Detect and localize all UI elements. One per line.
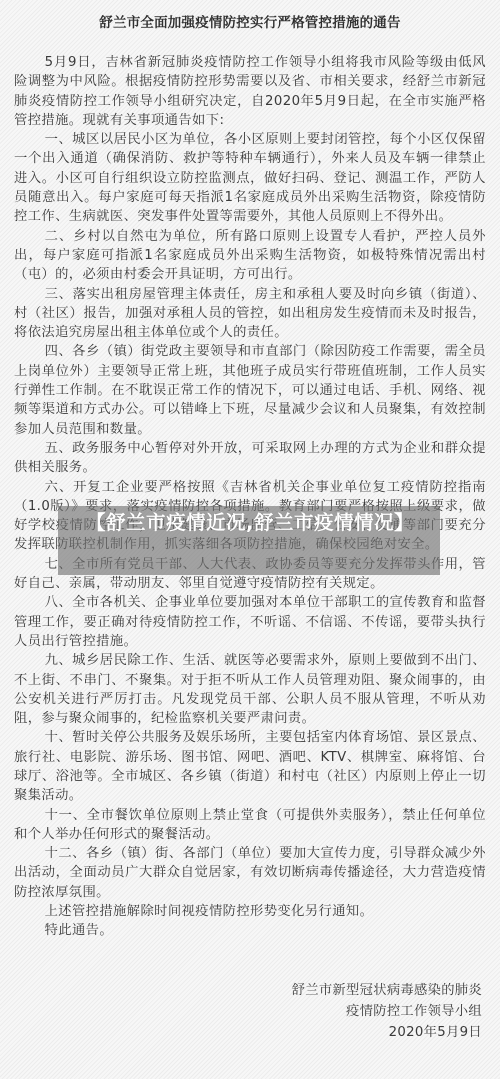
item-9: 九、城乡居民除工作、生活、就医等必要需求外，原则上要做到不出门、不上街、不串门、…: [14, 651, 486, 728]
signature-date: 2020年5月9日: [14, 1022, 482, 1043]
overlay-headline: 【舒兰市疫情近况,舒兰市疫情情况】: [18, 509, 482, 537]
item-12: 十二、各乡（镇）街、各部门（单位）要加大宣传力度，引导群众减少外出活动，全面动员…: [14, 844, 486, 902]
item-8: 八、全市各机关、企事业单位要加强对本单位干部职工的宣传教育和监督管理工作，要正确…: [14, 593, 486, 651]
closing-statement: 特此通告。: [14, 921, 486, 940]
signature-org-line1: 舒兰市新型冠状病毒感染的肺炎: [14, 980, 482, 1001]
intro-paragraph: 5月9日，吉林省新冠肺炎疫情防控工作领导小组将我市风险等级由低风险调整为中风险。…: [14, 53, 486, 130]
closing-note: 上述管控措施解除时间视疫情防控形势变化另行通知。: [14, 902, 486, 921]
signature-block: 舒兰市新型冠状病毒感染的肺炎 疫情防控工作领导小组 2020年5月9日: [14, 980, 486, 1043]
document-title: 舒兰市全面加强疫情防控实行严格管控措施的通告: [14, 13, 486, 33]
item-10: 十、暂时关停公共服务及娱乐场所，主要包括室内体育场馆、景区景点、旅行社、电影院、…: [14, 728, 486, 805]
item-5: 五、政务服务中心暂停对外开放，可采取网上办理的方式为企业和群众提供相关服务。: [14, 439, 486, 478]
item-2: 二、乡村以自然屯为单位，所有路口原则上设置专人看护，严控人员外出，每户家庭可指派…: [14, 227, 486, 285]
signature-org-line2: 疫情防控工作领导小组: [14, 1001, 482, 1022]
item-4: 四、各乡（镇）街党政主要领导和市直部门（除因防疫工作需要，需全员上岗单位外）主要…: [14, 342, 486, 438]
item-3: 三、落实出租房屋管理主体责任，房主和承租人要及时向乡镇（街道）、村（社区）报告，…: [14, 285, 486, 343]
item-11: 十一、全市餐饮单位原则上禁止堂食（可提供外卖服务），禁止任何单位和个人举办任何形…: [14, 806, 486, 845]
item-1: 一、城区以居民小区为单位，各小区原则上要封闭管控，每个小区仅保留一个出入通道（确…: [14, 130, 486, 226]
